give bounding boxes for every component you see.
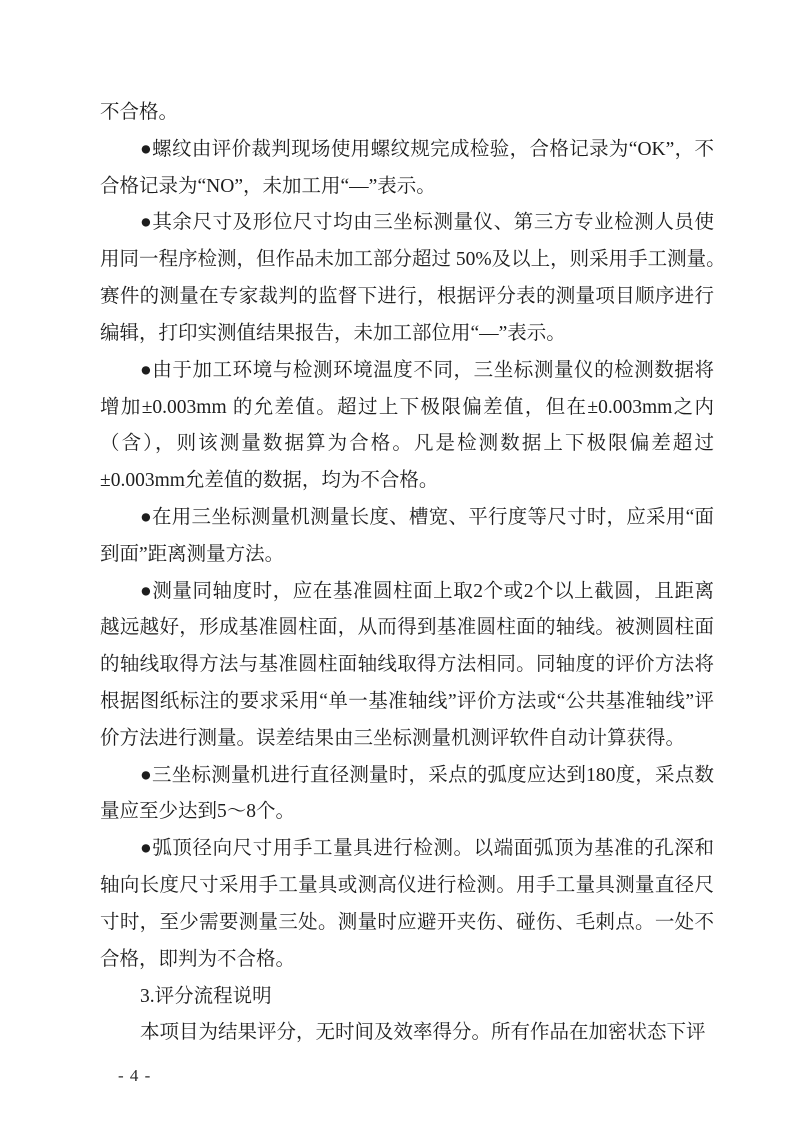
text-line: 到面”距离测量方法。 (100, 537, 714, 574)
text-line: 的轴线取得方法与基准圆柱面轴线取得方法相同。同轴度的评价方法将 (100, 647, 714, 684)
text-line: 合格，即判为不合格。 (100, 942, 714, 979)
paragraph: ●弧顶径向尺寸用手工量具进行检测。以端面弧顶为基准的孔深和轴向长度尺寸采用手工量… (100, 831, 714, 978)
text-line: ±0.003mm允差值的数据，均为不合格。 (100, 463, 714, 500)
text-line: （含），则该测量数据算为合格。凡是检测数据上下极限偏差超过 (100, 426, 714, 463)
text-line: 轴向长度尺寸采用手工量具或测高仪进行检测。用手工量具测量直径尺 (100, 868, 714, 905)
text-line: ●由于加工环境与检测环境温度不同，三坐标测量仪的检测数据将 (100, 353, 714, 390)
text-line: 赛件的测量在专家裁判的监督下进行，根据评分表的测量项目顺序进行 (100, 279, 714, 316)
paragraph: ●由于加工环境与检测环境温度不同，三坐标测量仪的检测数据将增加±0.003mm … (100, 353, 714, 500)
text-line: 价方法进行测量。误差结果由三坐标测量机测评软件自动计算获得。 (100, 721, 714, 758)
paragraph: 3.评分流程说明 (100, 979, 714, 1016)
text-line: 本项目为结果评分，无时间及效率得分。所有作品在加密状态下评 (100, 1015, 714, 1052)
text-line: ●在用三坐标测量机测量长度、槽宽、平行度等尺寸时，应采用“面 (100, 500, 714, 537)
paragraph: ●三坐标测量机进行直径测量时，采点的弧度应达到180度，采点数量应至少达到5～8… (100, 758, 714, 832)
text-line: 编辑，打印实测值结果报告，未加工部位用“—”表示。 (100, 316, 714, 353)
paragraph: 不合格。 (100, 95, 714, 132)
text-line: ●三坐标测量机进行直径测量时，采点的弧度应达到180度，采点数 (100, 758, 714, 795)
text-line: 根据图纸标注的要求采用“单一基准轴线”评价方法或“公共基准轴线”评 (100, 684, 714, 721)
paragraph: ●在用三坐标测量机测量长度、槽宽、平行度等尺寸时，应采用“面到面”距离测量方法。 (100, 500, 714, 574)
paragraph: 本项目为结果评分，无时间及效率得分。所有作品在加密状态下评 (100, 1015, 714, 1052)
paragraph: ●测量同轴度时，应在基准圆柱面上取2个或2个以上截圆，且距离越远越好，形成基准圆… (100, 574, 714, 758)
text-line: 不合格。 (100, 95, 714, 132)
text-line: 越远越好，形成基准圆柱面，从而得到基准圆柱面的轴线。被测圆柱面 (100, 610, 714, 647)
text-line: 3.评分流程说明 (100, 979, 714, 1016)
text-line: ●螺纹由评价裁判现场使用螺纹规完成检验，合格记录为“OK”，不 (100, 132, 714, 169)
text-line: 合格记录为“NO”，未加工用“—”表示。 (100, 169, 714, 206)
paragraph: ●其余尺寸及形位尺寸均由三坐标测量仪、第三方专业检测人员使用同一程序检测，但作品… (100, 205, 714, 352)
text-line: 增加±0.003mm 的允差值。超过上下极限偏差值，但在±0.003mm之内 (100, 390, 714, 427)
text-line: ●其余尺寸及形位尺寸均由三坐标测量仪、第三方专业检测人员使 (100, 205, 714, 242)
paragraph: ●螺纹由评价裁判现场使用螺纹规完成检验，合格记录为“OK”，不合格记录为“NO”… (100, 132, 714, 206)
document-page: 不合格。●螺纹由评价裁判现场使用螺纹规完成检验，合格记录为“OK”，不合格记录为… (0, 0, 800, 1131)
document-body: 不合格。●螺纹由评价裁判现场使用螺纹规完成检验，合格记录为“OK”，不合格记录为… (100, 95, 714, 1052)
text-line: ●测量同轴度时，应在基准圆柱面上取2个或2个以上截圆，且距离 (100, 574, 714, 611)
text-line: 寸时，至少需要测量三处。测量时应避开夹伤、碰伤、毛刺点。一处不 (100, 905, 714, 942)
text-line: 用同一程序检测，但作品未加工部分超过 50%及以上，则采用手工测量。 (100, 242, 714, 279)
text-line: 量应至少达到5～8个。 (100, 794, 714, 831)
text-line: ●弧顶径向尺寸用手工量具进行检测。以端面弧顶为基准的孔深和 (100, 831, 714, 868)
page-number: - 4 - (118, 1066, 151, 1086)
